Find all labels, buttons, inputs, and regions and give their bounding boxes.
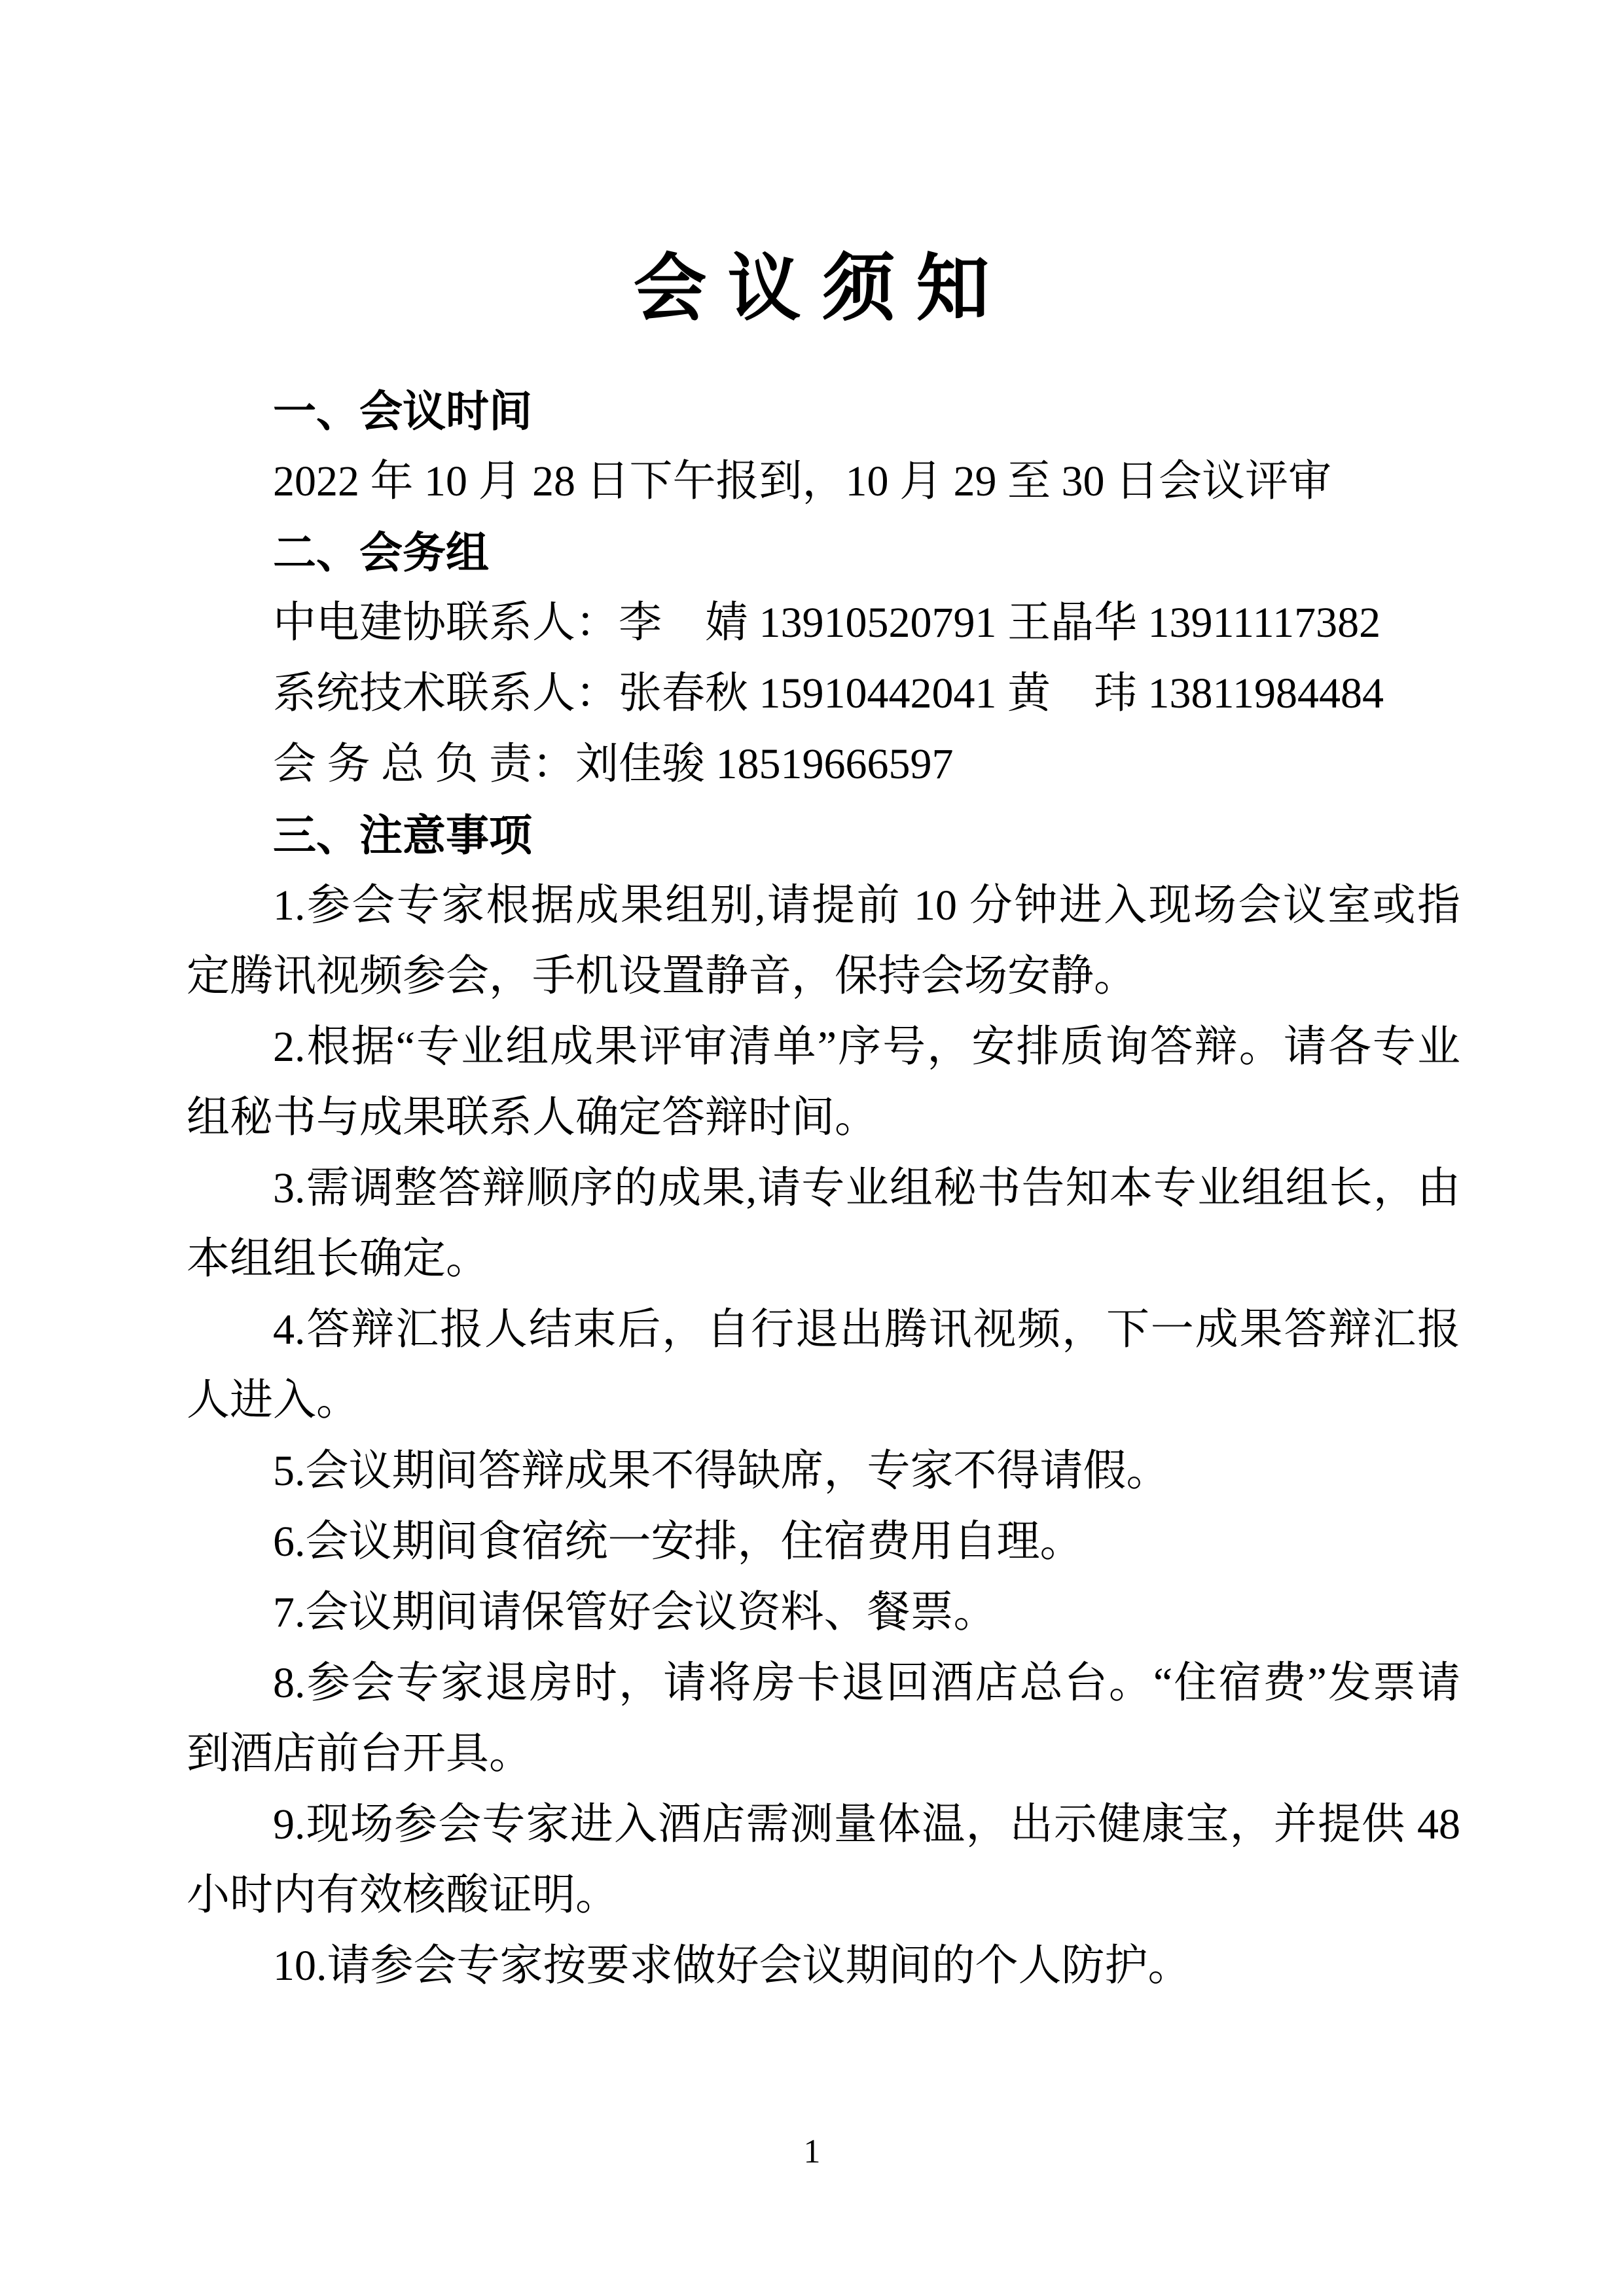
notice-item-9: 9.现场参会专家进入酒店需测量体温，出示健康宝，并提供 48 小时内有效核酸证明… <box>187 1789 1460 1931</box>
notice-item-10: 10.请参会专家按要求做好会议期间的个人防护。 <box>187 1931 1460 2001</box>
notice-item-3: 3.需调整答辩顺序的成果,请专业组秘书告知本专业组组长，由本组组长确定。 <box>187 1153 1460 1295</box>
notice-item-7: 7.会议期间请保管好会议资料、餐票。 <box>187 1577 1460 1648</box>
page-number: 1 <box>0 2132 1624 2172</box>
notice-item-2: 2.根据“专业组成果评审清单”序号，安排质询答辩。请各专业组秘书与成果联系人确定… <box>187 1012 1460 1153</box>
notice-item-4: 4.答辩汇报人结束后，自行退出腾讯视频，下一成果答辩汇报人进入。 <box>187 1295 1460 1436</box>
document-page: 会 议 须 知 一、会议时间 2022 年 10 月 28 日下午报到，10 月… <box>0 0 1624 2296</box>
notice-item-6: 6.会议期间食宿统一安排，住宿费用自理。 <box>187 1507 1460 1577</box>
heading-organizing-group: 二、会务组 <box>187 517 1460 588</box>
document-body: 一、会议时间 2022 年 10 月 28 日下午报到，10 月 29 至 30… <box>187 376 1460 2001</box>
document-title: 会 议 须 知 <box>0 0 1624 334</box>
contact-line-system-tech: 系统技术联系人：张春秋 15910442041 黄 玮 13811984484 <box>187 658 1460 729</box>
contact-line-general-manager: 会 务 总 负 责：刘佳骏 18519666597 <box>187 729 1460 800</box>
heading-meeting-time: 一、会议时间 <box>187 376 1460 446</box>
notice-item-8: 8.参会专家退房时，请将房卡退回酒店总台。“住宿费”发票请到酒店前台开具。 <box>187 1648 1460 1789</box>
contact-line-cpeca: 中电建协联系人：李 婧 13910520791 王晶华 13911117382 <box>187 588 1460 658</box>
heading-notes: 三、注意事项 <box>187 800 1460 870</box>
meeting-time-text: 2022 年 10 月 28 日下午报到，10 月 29 至 30 日会议评审 <box>187 446 1460 517</box>
notice-item-1: 1.参会专家根据成果组别,请提前 10 分钟进入现场会议室或指定腾讯视频参会，手… <box>187 870 1460 1012</box>
notice-item-5: 5.会议期间答辩成果不得缺席，专家不得请假。 <box>187 1436 1460 1507</box>
